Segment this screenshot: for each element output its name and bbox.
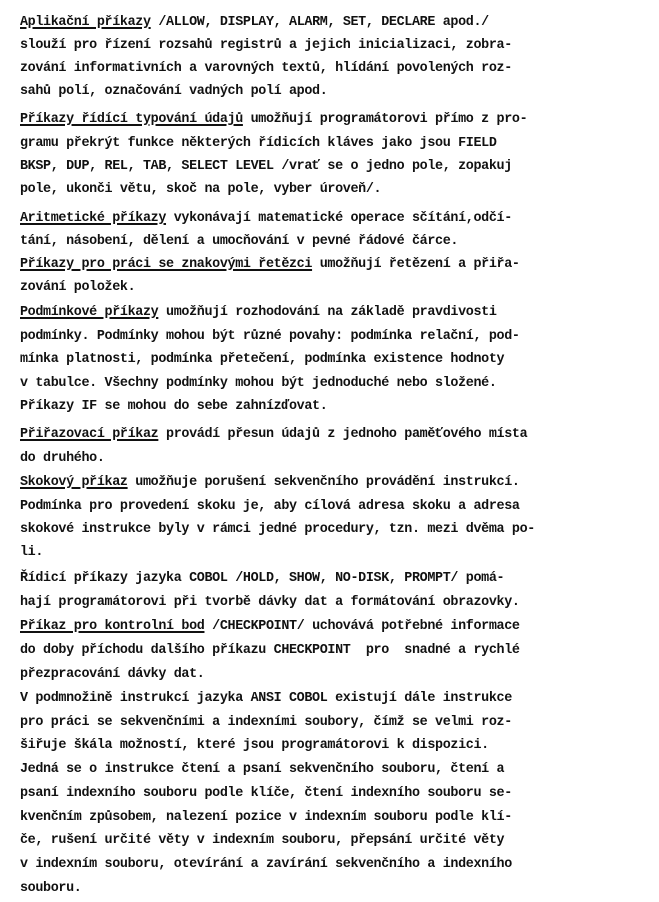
- line-text: vykonávají matematické operace sčítání,o…: [166, 211, 512, 226]
- line-text: podmínky. Podmínky mohou být různé povah…: [20, 329, 520, 344]
- text-line: do druhého.: [20, 450, 105, 468]
- text-line: mínka platnosti, podmínka přetečení, pod…: [20, 351, 504, 369]
- line-text: zování položek.: [20, 280, 135, 295]
- line-text: BKSP, DUP, REL, TAB, SELECT LEVEL /vrať …: [20, 159, 512, 174]
- line-text: umožňují programátorovi přímo z pro-: [243, 112, 527, 127]
- section-heading-line: Aplikační příkazy /ALLOW, DISPLAY, ALARM…: [20, 14, 489, 32]
- line-text: sahů polí, označování vadných polí apod.: [20, 84, 327, 99]
- underlined-heading: Příkazy pro práci se znakovými řetězci: [20, 257, 312, 272]
- underlined-heading: Aritmetické příkazy: [20, 211, 166, 226]
- text-line: zování položek.: [20, 279, 135, 297]
- text-line: v indexním souboru, otevírání a zavírání…: [20, 856, 512, 874]
- text-line: Podmínka pro provedení skoku je, aby cíl…: [20, 498, 520, 516]
- line-text: provádí přesun údajů z jednoho paměťovéh…: [158, 427, 527, 442]
- text-line: podmínky. Podmínky mohou být různé povah…: [20, 328, 520, 346]
- section-heading-line: Aritmetické příkazy vykonávají matematic…: [20, 210, 512, 228]
- text-line: souboru.: [20, 880, 82, 898]
- line-text: kvenčním způsobem, nalezení pozice v ind…: [20, 810, 512, 825]
- text-line: kvenčním způsobem, nalezení pozice v ind…: [20, 809, 512, 827]
- text-line: če, rušení určité věty v indexním soubor…: [20, 832, 504, 850]
- text-line: Řídicí příkazy jazyka COBOL /HOLD, SHOW,…: [20, 570, 504, 588]
- underlined-heading: Podmínkové příkazy: [20, 305, 158, 320]
- text-line: sahů polí, označování vadných polí apod.: [20, 83, 327, 101]
- section-heading-line: Přiřazovací příkaz provádí přesun údajů …: [20, 426, 527, 444]
- text-line: pro práci se sekvenčními a indexními sou…: [20, 714, 512, 732]
- section-heading-line: Příkazy řídící typování údajů umožňují p…: [20, 111, 527, 129]
- text-line: slouží pro řízení rozsahů registrů a jej…: [20, 37, 512, 55]
- line-text: Jedná se o instrukce čtení a psaní sekve…: [20, 762, 504, 777]
- line-text: pole, ukonči větu, skoč na pole, vyber ú…: [20, 182, 381, 197]
- text-line: pole, ukonči větu, skoč na pole, vyber ú…: [20, 181, 381, 199]
- line-text: umožňuje porušení sekvenčního provádění …: [128, 475, 520, 490]
- line-text: v tabulce. Všechny podmínky mohou být je…: [20, 376, 497, 391]
- line-text: šiřuje škála možností, které jsou progra…: [20, 738, 489, 753]
- line-text: do druhého.: [20, 451, 105, 466]
- line-text: če, rušení určité věty v indexním soubor…: [20, 833, 504, 848]
- underlined-heading: Skokový příkaz: [20, 475, 128, 490]
- text-line: hají programátorovi při tvorbě dávky dat…: [20, 594, 520, 612]
- line-text: přezpracování dávky dat.: [20, 667, 204, 682]
- line-text: gramu překrýt funkce některých řídicích …: [20, 136, 497, 151]
- text-line: tání, násobení, dělení a umocňování v pe…: [20, 233, 458, 251]
- line-text: v indexním souboru, otevírání a zavírání…: [20, 857, 512, 872]
- underlined-heading: Aplikační příkazy: [20, 15, 151, 30]
- line-text: V podmnožině instrukcí jazyka ANSI COBOL…: [20, 691, 512, 706]
- line-text: mínka platnosti, podmínka přetečení, pod…: [20, 352, 504, 367]
- text-line: V podmnožině instrukcí jazyka ANSI COBOL…: [20, 690, 512, 708]
- line-text: Řídicí příkazy jazyka COBOL /HOLD, SHOW,…: [20, 571, 504, 586]
- underlined-heading: Přiřazovací příkaz: [20, 427, 158, 442]
- text-line: v tabulce. Všechny podmínky mohou být je…: [20, 375, 497, 393]
- text-line: gramu překrýt funkce některých řídicích …: [20, 135, 497, 153]
- line-text: souboru.: [20, 881, 82, 896]
- text-line: zování informativních a varovných textů,…: [20, 60, 512, 78]
- section-heading-line: Skokový příkaz umožňuje porušení sekvenč…: [20, 474, 520, 492]
- text-line: li.: [20, 544, 43, 562]
- line-text: slouží pro řízení rozsahů registrů a jej…: [20, 38, 512, 53]
- section-heading-line: Příkazy pro práci se znakovými řetězci u…: [20, 256, 520, 274]
- line-text: tání, násobení, dělení a umocňování v pe…: [20, 234, 458, 249]
- section-heading-line: Příkaz pro kontrolní bod /CHECKPOINT/ uc…: [20, 618, 520, 636]
- underlined-heading: Příkazy řídící typování údajů: [20, 112, 243, 127]
- text-line: BKSP, DUP, REL, TAB, SELECT LEVEL /vrať …: [20, 158, 512, 176]
- section-heading-line: Podmínkové příkazy umožňují rozhodování …: [20, 304, 497, 322]
- underlined-heading: Příkaz pro kontrolní bod: [20, 619, 204, 634]
- line-text: /CHECKPOINT/ uchovává potřebné informace: [204, 619, 519, 634]
- text-line: skokové instrukce byly v rámci jedné pro…: [20, 521, 535, 539]
- line-text: /ALLOW, DISPLAY, ALARM, SET, DECLARE apo…: [151, 15, 489, 30]
- line-text: Příkazy IF se mohou do sebe zahnízďovat.: [20, 399, 327, 414]
- text-line: do doby příchodu dalšího příkazu CHECKPO…: [20, 642, 520, 660]
- line-text: do doby příchodu dalšího příkazu CHECKPO…: [20, 643, 520, 658]
- line-text: umožňují rozhodování na základě pravdivo…: [158, 305, 496, 320]
- text-line: přezpracování dávky dat.: [20, 666, 204, 684]
- line-text: hají programátorovi při tvorbě dávky dat…: [20, 595, 520, 610]
- line-text: li.: [20, 545, 43, 560]
- line-text: psaní indexního souboru podle klíče, čte…: [20, 786, 512, 801]
- line-text: Podmínka pro provedení skoku je, aby cíl…: [20, 499, 520, 514]
- line-text: pro práci se sekvenčními a indexními sou…: [20, 715, 512, 730]
- line-text: zování informativních a varovných textů,…: [20, 61, 512, 76]
- text-line: psaní indexního souboru podle klíče, čte…: [20, 785, 512, 803]
- text-line: Příkazy IF se mohou do sebe zahnízďovat.: [20, 398, 327, 416]
- line-text: umožňují řetězení a přiřa-: [312, 257, 520, 272]
- text-line: šiřuje škála možností, které jsou progra…: [20, 737, 489, 755]
- text-line: Jedná se o instrukce čtení a psaní sekve…: [20, 761, 504, 779]
- line-text: skokové instrukce byly v rámci jedné pro…: [20, 522, 535, 537]
